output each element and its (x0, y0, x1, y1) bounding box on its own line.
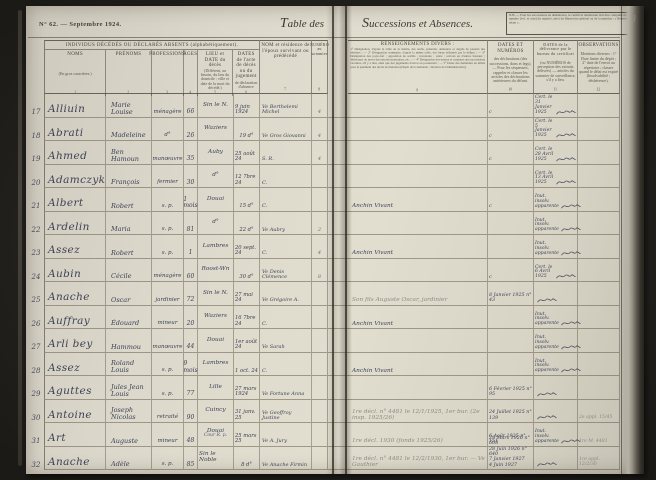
profession-cell: s. p. (152, 235, 184, 259)
paraph-signature-icon (537, 413, 557, 421)
col-header-noms: NOMS (En gros caractères.) 1 (45, 50, 106, 96)
surname-cell: Assez (44, 235, 106, 259)
observations-cell: 2e appl. 15/45 (578, 400, 620, 424)
declaration-cell: c (488, 141, 534, 165)
firstnames-cell: Robert (106, 235, 152, 259)
profession-cell: ménagère (152, 94, 184, 118)
notes-cell: Anchin Vivant (348, 353, 488, 377)
surname-cell: Aubin (44, 259, 106, 283)
group-header-title: INDIVIDUS DÉCÉDÉS OU DÉCLARÉS ABSENTS (a… (45, 41, 259, 50)
death-act-date-cell: 31 janv. 25 (234, 400, 260, 424)
page-edge-shadow (618, 6, 644, 474)
notes-cell (348, 212, 488, 236)
register-number-cell (312, 329, 328, 353)
row-number: 22 (28, 212, 44, 236)
table-title-left: Table des (262, 16, 324, 32)
spouse-cell: Ve Grégoire A. (260, 282, 312, 306)
register-number-cell: 4 (312, 141, 328, 165)
age-cell: 26 (184, 118, 198, 142)
row-number: 29 (28, 376, 44, 400)
surname-cell: Auffray (44, 306, 106, 330)
register-number-cell (312, 165, 328, 189)
surname-cell: Adamczyk (44, 165, 106, 189)
notes-cell (348, 94, 488, 118)
col-header-declarations: DATES ET NUMÉROS des déclarations (des s… (488, 40, 534, 94)
observations-cell (578, 306, 620, 330)
firstnames-cell: Auguste (106, 423, 152, 447)
firstnames-cell: Marie Louise (106, 94, 152, 118)
register-number-cell (312, 188, 328, 212)
declaration-cell (488, 165, 534, 189)
col-header-renseignements: RENSEIGNEMENTS DIVERS : 1° Désignation, … (348, 40, 488, 94)
notes-cell (348, 376, 488, 400)
row-number: 32 (28, 447, 44, 471)
register-number-cell (312, 306, 328, 330)
declaration-cell: c (488, 94, 534, 118)
declaration-cell: c (488, 259, 534, 283)
register-number-cell (312, 400, 328, 424)
binding-gutter-cell (328, 141, 348, 165)
paraph-signature-icon (556, 272, 576, 280)
surname-cell: Arli bey (44, 329, 106, 353)
row-number: 17 (28, 94, 44, 118)
certificate-cell (534, 400, 578, 424)
death-act-date-cell: 25 août 24 (234, 141, 260, 165)
scanned-page-background: N° 62. — Septembre 1924. Table des Succe… (0, 0, 656, 480)
observations-cell: 1re appl. 12/2/30 (578, 447, 620, 471)
age-cell: 66 (184, 94, 198, 118)
firstnames-cell: Édouard (106, 306, 152, 330)
death-act-date-cell: 27 mai 24 (234, 282, 260, 306)
death-place-cell: Douai (198, 329, 234, 353)
notes-cell: 1re décl. 1930 (fonds 1925/26) (348, 423, 488, 447)
register-number-cell: 2 (312, 212, 328, 236)
firstnames-cell: Madeleine (106, 118, 152, 142)
death-place-cell: Sin le Noble (198, 447, 234, 471)
notes-cell: Anchin Vivant (348, 235, 488, 259)
firstnames-cell: Ben Hamoun (106, 141, 152, 165)
paraph-signature-icon (556, 131, 576, 139)
surname-cell: Art (44, 423, 106, 447)
age-cell: 85 (184, 447, 198, 471)
notes-cell (348, 165, 488, 189)
firstnames-cell: Adèle (106, 447, 152, 471)
notes-cell (348, 259, 488, 283)
binding-gutter-cell (328, 447, 348, 471)
register-number-cell (312, 447, 328, 471)
notes-cell: 1re décl. n° 4481 le 12/1/1925, 1er bur.… (348, 400, 488, 424)
profession-cell: s. p. (152, 212, 184, 236)
row-number: 21 (28, 188, 44, 212)
observations-cell (578, 259, 620, 283)
death-place-cell: Lambres (198, 235, 234, 259)
age-cell: 77 (184, 376, 198, 400)
death-place-cell: Cuincy (198, 400, 234, 424)
binding-gutter-cell (328, 423, 348, 447)
death-place-cell: d° (198, 165, 234, 189)
firstnames-cell: Hammou (106, 329, 152, 353)
age-cell: 20 (184, 306, 198, 330)
certificate-cell (534, 376, 578, 400)
binding-gutter-cell (328, 376, 348, 400)
surname-cell: Abrati (44, 118, 106, 142)
firstnames-cell: Roland Louis (106, 353, 152, 377)
surname-cell: Antoine (44, 400, 106, 424)
death-place-cell: d° (198, 212, 234, 236)
declaration-cell: 8 Janvier 1925 n° 43 (488, 282, 534, 306)
certificate-cell: Inut. insolv. apparente (534, 188, 578, 212)
certificate-cell: Inut. insolv. apparente (534, 353, 578, 377)
death-place-cell: Lambres (198, 353, 234, 377)
observations-cell (578, 235, 620, 259)
firstnames-cell: Jules Jean Louis (106, 376, 152, 400)
death-place-cell: Sin le N. (198, 282, 234, 306)
spouse-cell: Ve Aubry (260, 212, 312, 236)
row-number: 26 (28, 306, 44, 330)
notes-cell: Son fils Auguste Oscar, jardinier (348, 282, 488, 306)
row-number: 27 (28, 329, 44, 353)
table-title-right: Successions et Absences. (362, 16, 473, 32)
age-cell: 72 (184, 282, 198, 306)
death-place-cell: Waziers (198, 118, 234, 142)
spouse-cell: Ve Anache Firmin (260, 447, 312, 471)
observations-cell (578, 282, 620, 306)
spouse-cell: Ve Gros Giovanni (260, 118, 312, 142)
firstnames-cell: Maria (106, 212, 152, 236)
spouse-cell: Ve Fortune Anna (260, 376, 312, 400)
age-cell: 9 mois (184, 353, 198, 377)
stacked-pages-edge-left (18, 10, 22, 466)
spouse-cell: Ve Denis Clémence (260, 259, 312, 283)
age-cell: 30 (184, 165, 198, 189)
notes-cell: 1re décl. n° 4481 le 12/2/1930, 1er bur.… (348, 447, 488, 471)
death-act-date-cell: 30 d° (234, 259, 260, 283)
col-header-date-acte: DATES de l'acte de décès ou du jugement … (233, 50, 259, 96)
binding-gutter-cell (328, 188, 348, 212)
death-act-date-cell: 19 d° (234, 118, 260, 142)
marginal-note-text: N.B. — Pour les successions en déshérenc… (509, 14, 635, 25)
folio-label: N° 62. — Septembre 1924. (39, 21, 122, 28)
surname-cell: Ardelin (44, 212, 106, 236)
top-rule (28, 37, 620, 38)
col-header-lieu-date: LIEU et DATE du décès (Différent, au bes… (198, 50, 234, 96)
spouse-cell: Ve Geoffroy Justine (260, 400, 312, 424)
death-act-date-cell: 1 oct. 24 (234, 353, 260, 377)
certificate-cell: Inut. insolv. apparente (534, 212, 578, 236)
margin-corner (28, 40, 44, 94)
binding-gutter-cell (328, 282, 348, 306)
col-header-professions: PROFESSIONS 3 (152, 50, 184, 96)
death-place-cell: Roost-Wn (198, 259, 234, 283)
register-number-cell: 4 (312, 235, 328, 259)
death-place-cell: Sin le N. (198, 94, 234, 118)
observations-cell (578, 212, 620, 236)
register-number-cell: 4 (312, 94, 328, 118)
declaration-cell (488, 306, 534, 330)
firstnames-cell: Oscar (106, 282, 152, 306)
death-act-date-cell: 8 d° (234, 447, 260, 471)
death-act-date-cell: 1er août 24 (234, 329, 260, 353)
register-number-cell: 8 (312, 259, 328, 283)
spouse-cell: C. (260, 353, 312, 377)
spouse-cell: C. (260, 306, 312, 330)
death-act-date-cell: 27 mars 1924 (234, 376, 260, 400)
firstnames-cell: François (106, 165, 152, 189)
profession-cell: ménagère (152, 259, 184, 283)
certificate-cell: Cert. le 6 Avril 1925 (534, 259, 578, 283)
age-cell: 60 (184, 259, 198, 283)
row-number: 20 (28, 165, 44, 189)
profession-cell: s. p. (152, 353, 184, 377)
death-act-date-cell: 12 7bre 24 (234, 165, 260, 189)
observations-cell: 1re M. 4481 (578, 423, 620, 447)
certificate-cell (534, 447, 578, 471)
declaration-cell (488, 212, 534, 236)
col-header-certificats: DATES de la délivrance par le bureau du … (534, 40, 578, 94)
declaration-cell: c (488, 118, 534, 142)
profession-cell: mineur (152, 306, 184, 330)
row-number: 18 (28, 118, 44, 142)
observations-cell (578, 94, 620, 118)
death-act-date-cell: 15 d° (234, 188, 260, 212)
col-header-observations: OBSERVATIONS Mentions diverses : 1° Date… (578, 40, 620, 94)
binding-gutter-cell (328, 400, 348, 424)
binding-gutter-header (328, 40, 348, 94)
surname-cell: Anache (44, 282, 106, 306)
binding-gutter-cell (328, 235, 348, 259)
death-act-date-cell: 9 juin 1924 (234, 94, 260, 118)
notes-cell: Anchin Vivant (348, 188, 488, 212)
binding-gutter-cell (328, 118, 348, 142)
paraph-signature-icon (537, 296, 557, 304)
certificate-cell: Cert. le 31 Janvier 1925 (534, 94, 578, 118)
register-number-cell (312, 353, 328, 377)
row-number: 19 (28, 141, 44, 165)
age-cell: 44 (184, 329, 198, 353)
paraph-signature-icon (556, 108, 576, 116)
binding-gutter-cell (328, 329, 348, 353)
group-header-individus: INDIVIDUS DÉCÉDÉS OU DÉCLARÉS ABSENTS (a… (44, 40, 260, 94)
paraph-signature-icon (556, 155, 576, 163)
death-place-cell: Lille (198, 376, 234, 400)
row-number: 23 (28, 235, 44, 259)
death-act-date-cell: 20 sept. 24 (234, 235, 260, 259)
paraph-signature-icon (556, 178, 576, 186)
row-number: 28 (28, 353, 44, 377)
register-number-cell (312, 376, 328, 400)
certificate-cell: Inut. insolv. apparente (534, 329, 578, 353)
surname-cell: Ahmed (44, 141, 106, 165)
surname-cell: Assez (44, 353, 106, 377)
age-cell: 35 (184, 141, 198, 165)
declaration-cell (488, 353, 534, 377)
certificate-cell: Inut. insolv. apparente (534, 306, 578, 330)
binding-gutter-cell (328, 353, 348, 377)
spouse-cell: Ve Berthelemi Michel (260, 94, 312, 118)
notes-cell (348, 141, 488, 165)
row-number: 30 (28, 400, 44, 424)
row-number: 31 (28, 423, 44, 447)
firstnames-cell: Cécile (106, 259, 152, 283)
death-place-cell: Douai (198, 188, 234, 212)
profession-cell: d° (152, 118, 184, 142)
spouse-cell: Ve A. Jury (260, 423, 312, 447)
col-header-prenoms: PRÉNOMS 2 (106, 50, 151, 96)
profession-cell: s. p. (152, 447, 184, 471)
observations-cell (578, 353, 620, 377)
observations-cell (578, 118, 620, 142)
certificate-cell: Inut. insolv. apparente (534, 423, 578, 447)
death-place-cell: Waziers (198, 306, 234, 330)
spouse-cell: C. (260, 235, 312, 259)
age-cell: 1 (184, 235, 198, 259)
certificate-cell: Cert. le 13 Avril 1925 (534, 165, 578, 189)
binding-gutter-cell (328, 259, 348, 283)
col-header-ages: ÂGES 4 (184, 50, 198, 96)
death-act-date-cell: 25 mars 25 (234, 423, 260, 447)
observations-cell (578, 165, 620, 189)
paraph-signature-icon (537, 460, 557, 468)
firstnames-cell: Joseph Nicolas (106, 400, 152, 424)
certificate-cell: Cert. le 5 Janvier 1925 (534, 118, 578, 142)
page-curl-mark: ȝ (632, 12, 642, 24)
age-cell: 90 (184, 400, 198, 424)
firstnames-cell: Robert (106, 188, 152, 212)
certificate-cell: Cert. le 28 Avril 1925 (534, 141, 578, 165)
declaration-cell (488, 235, 534, 259)
declaration-cell: 6 Février 1925 n° 95 (488, 376, 534, 400)
surname-cell: Alliuin (44, 94, 106, 118)
death-place-cell: Auby (198, 141, 234, 165)
age-cell: 81 (184, 212, 198, 236)
certificate-cell (534, 282, 578, 306)
profession-cell: manœuvre (152, 141, 184, 165)
binding-gutter-cell (328, 212, 348, 236)
row-number: 24 (28, 259, 44, 283)
declaration-cell (488, 329, 534, 353)
observations-cell (578, 188, 620, 212)
profession-cell: jardinier (152, 282, 184, 306)
col-header-conjoint: NOM et résidence de l'époux survivant ou… (260, 40, 312, 94)
spouse-cell: C. (260, 165, 312, 189)
profession-cell: s. p. (152, 376, 184, 400)
profession-cell: s. p. (152, 188, 184, 212)
surname-cell: Albert (44, 188, 106, 212)
age-cell: 1 mois (184, 188, 198, 212)
profession-cell: manœuvre (152, 329, 184, 353)
declaration-cell: c (488, 188, 534, 212)
age-cell: 48 (184, 423, 198, 447)
observations-cell (578, 141, 620, 165)
spouse-cell: C. (260, 188, 312, 212)
profession-cell: retraité (152, 400, 184, 424)
notes-cell (348, 329, 488, 353)
register-number-cell: 4 (312, 118, 328, 142)
binding-gutter-cell (328, 165, 348, 189)
register-number-cell (312, 282, 328, 306)
marginal-note: N.B. — Pour les successions en déshérenc… (506, 12, 638, 35)
declaration-cell: 29 Mars 1926 n° 608 28 Juin 1926 n° 640 … (488, 447, 534, 471)
spouse-cell: Ve Sarah (260, 329, 312, 353)
observations-cell (578, 329, 620, 353)
certificate-cell: Inut. insolv. apparente (534, 235, 578, 259)
notes-cell (348, 118, 488, 142)
surname-cell: Aguttes (44, 376, 106, 400)
death-act-date-cell: 16 7bre 24 (234, 306, 260, 330)
notes-cell: Anchin Vivant (348, 306, 488, 330)
death-act-date-cell: 22 d° (234, 212, 260, 236)
col-header-numero: NUMÉRO au sommier 8 (312, 40, 328, 94)
row-number: 25 (28, 282, 44, 306)
declaration-cell: 24 Juillet 1925 n° 139 (488, 400, 534, 424)
surname-cell: Anache (44, 447, 106, 471)
register-page: N° 62. — Septembre 1924. Table des Succe… (26, 6, 644, 474)
binding-gutter-cell (328, 306, 348, 330)
register-number-cell (312, 423, 328, 447)
spouse-cell: S. R. (260, 141, 312, 165)
death-place-cell: DouaiCour R. p. (198, 423, 234, 447)
profession-cell: fermier (152, 165, 184, 189)
observations-cell (578, 376, 620, 400)
successions-table: INDIVIDUS DÉCÉDÉS OU DÉCLARÉS ABSENTS (a… (28, 40, 620, 470)
profession-cell: mineur (152, 423, 184, 447)
paraph-signature-icon (537, 390, 557, 398)
binding-gutter-cell (328, 94, 348, 118)
